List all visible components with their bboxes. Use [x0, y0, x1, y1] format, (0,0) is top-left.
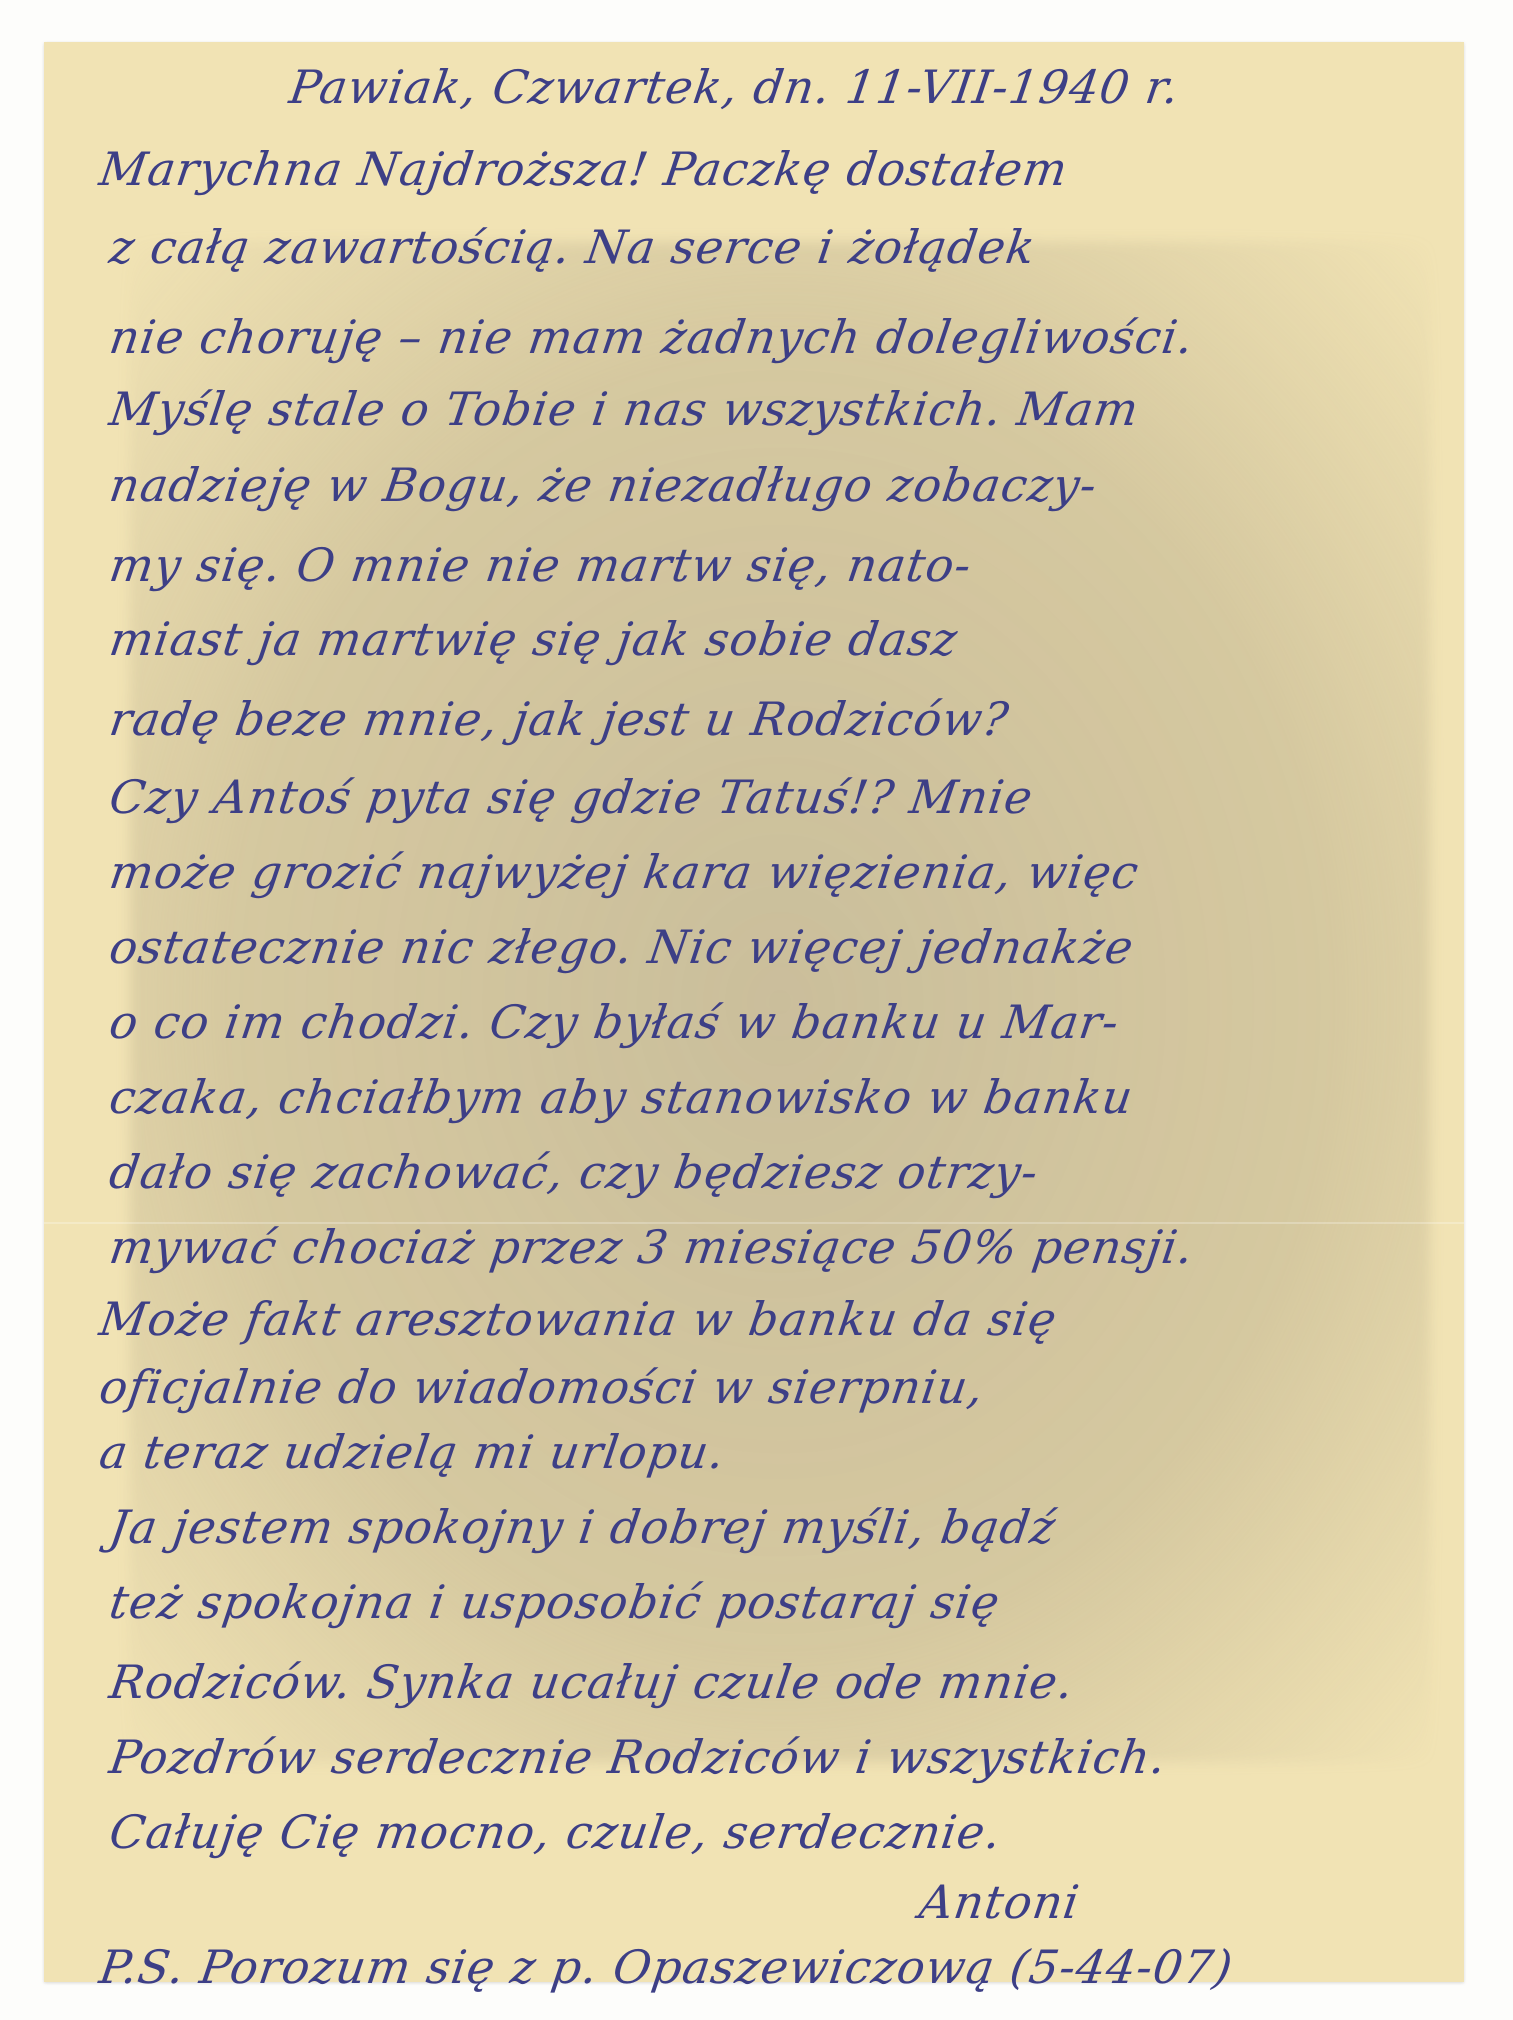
letter-line: Rodziców. Synka ucałuj czule ode mnie. — [106, 1655, 1077, 1709]
letter-line: mywać chociaż przez 3 miesiące 50% pensj… — [106, 1220, 1197, 1274]
letter-line: Marychna Najdroższa! Paczkę dostałem — [96, 142, 1071, 196]
letter-line: nadzieję w Bogu, że niezadługo zobaczy- — [106, 458, 1101, 512]
letter-line: czaka, chciałbym aby stanowisko w banku — [106, 1070, 1137, 1124]
letter-line: miast ja martwię się jak sobie dasz — [106, 612, 961, 666]
letter-line: nie choruję – nie mam żadnych dolegliwoś… — [106, 310, 1197, 364]
letter-line: Pozdrów serdecznie Rodziców i wszystkich… — [106, 1730, 1170, 1784]
letter-line: Myślę stale o Tobie i nas wszystkich. Ma… — [106, 382, 1142, 436]
letter-line: Całuję Cię mocno, czule, serdecznie. — [106, 1805, 1005, 1859]
letter-line: a teraz udzielą mi urlopu. — [96, 1425, 728, 1479]
letter-line: radę beze mnie, jak jest u Rodziców? — [106, 692, 1012, 746]
letter-line: też spokojna i usposobić postaraj się — [106, 1575, 1003, 1629]
letter-header: Pawiak, Czwartek, dn. 11-VII-1940 r. — [286, 60, 1183, 114]
letter-line: ostatecznie nic złego. Nic więcej jednak… — [106, 920, 1137, 974]
letter-line: o co im chodzi. Czy byłaś w banku u Mar- — [106, 995, 1123, 1049]
letter-line: może grozić najwyżej kara więzienia, wię… — [106, 845, 1142, 899]
letter-line: dało się zachować, czy będziesz otrzy- — [106, 1145, 1042, 1199]
letter-line: Czy Antoś pyta się gdzie Tatuś!? Mnie — [106, 770, 1036, 824]
letter-line: z całą zawartością. Na serce i żołądek — [106, 220, 1039, 274]
letter-line: Ja jestem spokojny i dobrej myśli, bądź — [106, 1500, 1059, 1554]
letter-line: oficjalnie do wiadomości w sierpniu, — [96, 1360, 987, 1414]
signature: Antoni — [916, 1875, 1083, 1929]
letter-line: my się. O mnie nie martw się, nato- — [106, 538, 975, 592]
postscript: P.S. Porozum się z p. Opaszewiczową (5-4… — [96, 1940, 1236, 1994]
letter-line: Może fakt aresztowania w banku da się — [96, 1292, 1060, 1346]
